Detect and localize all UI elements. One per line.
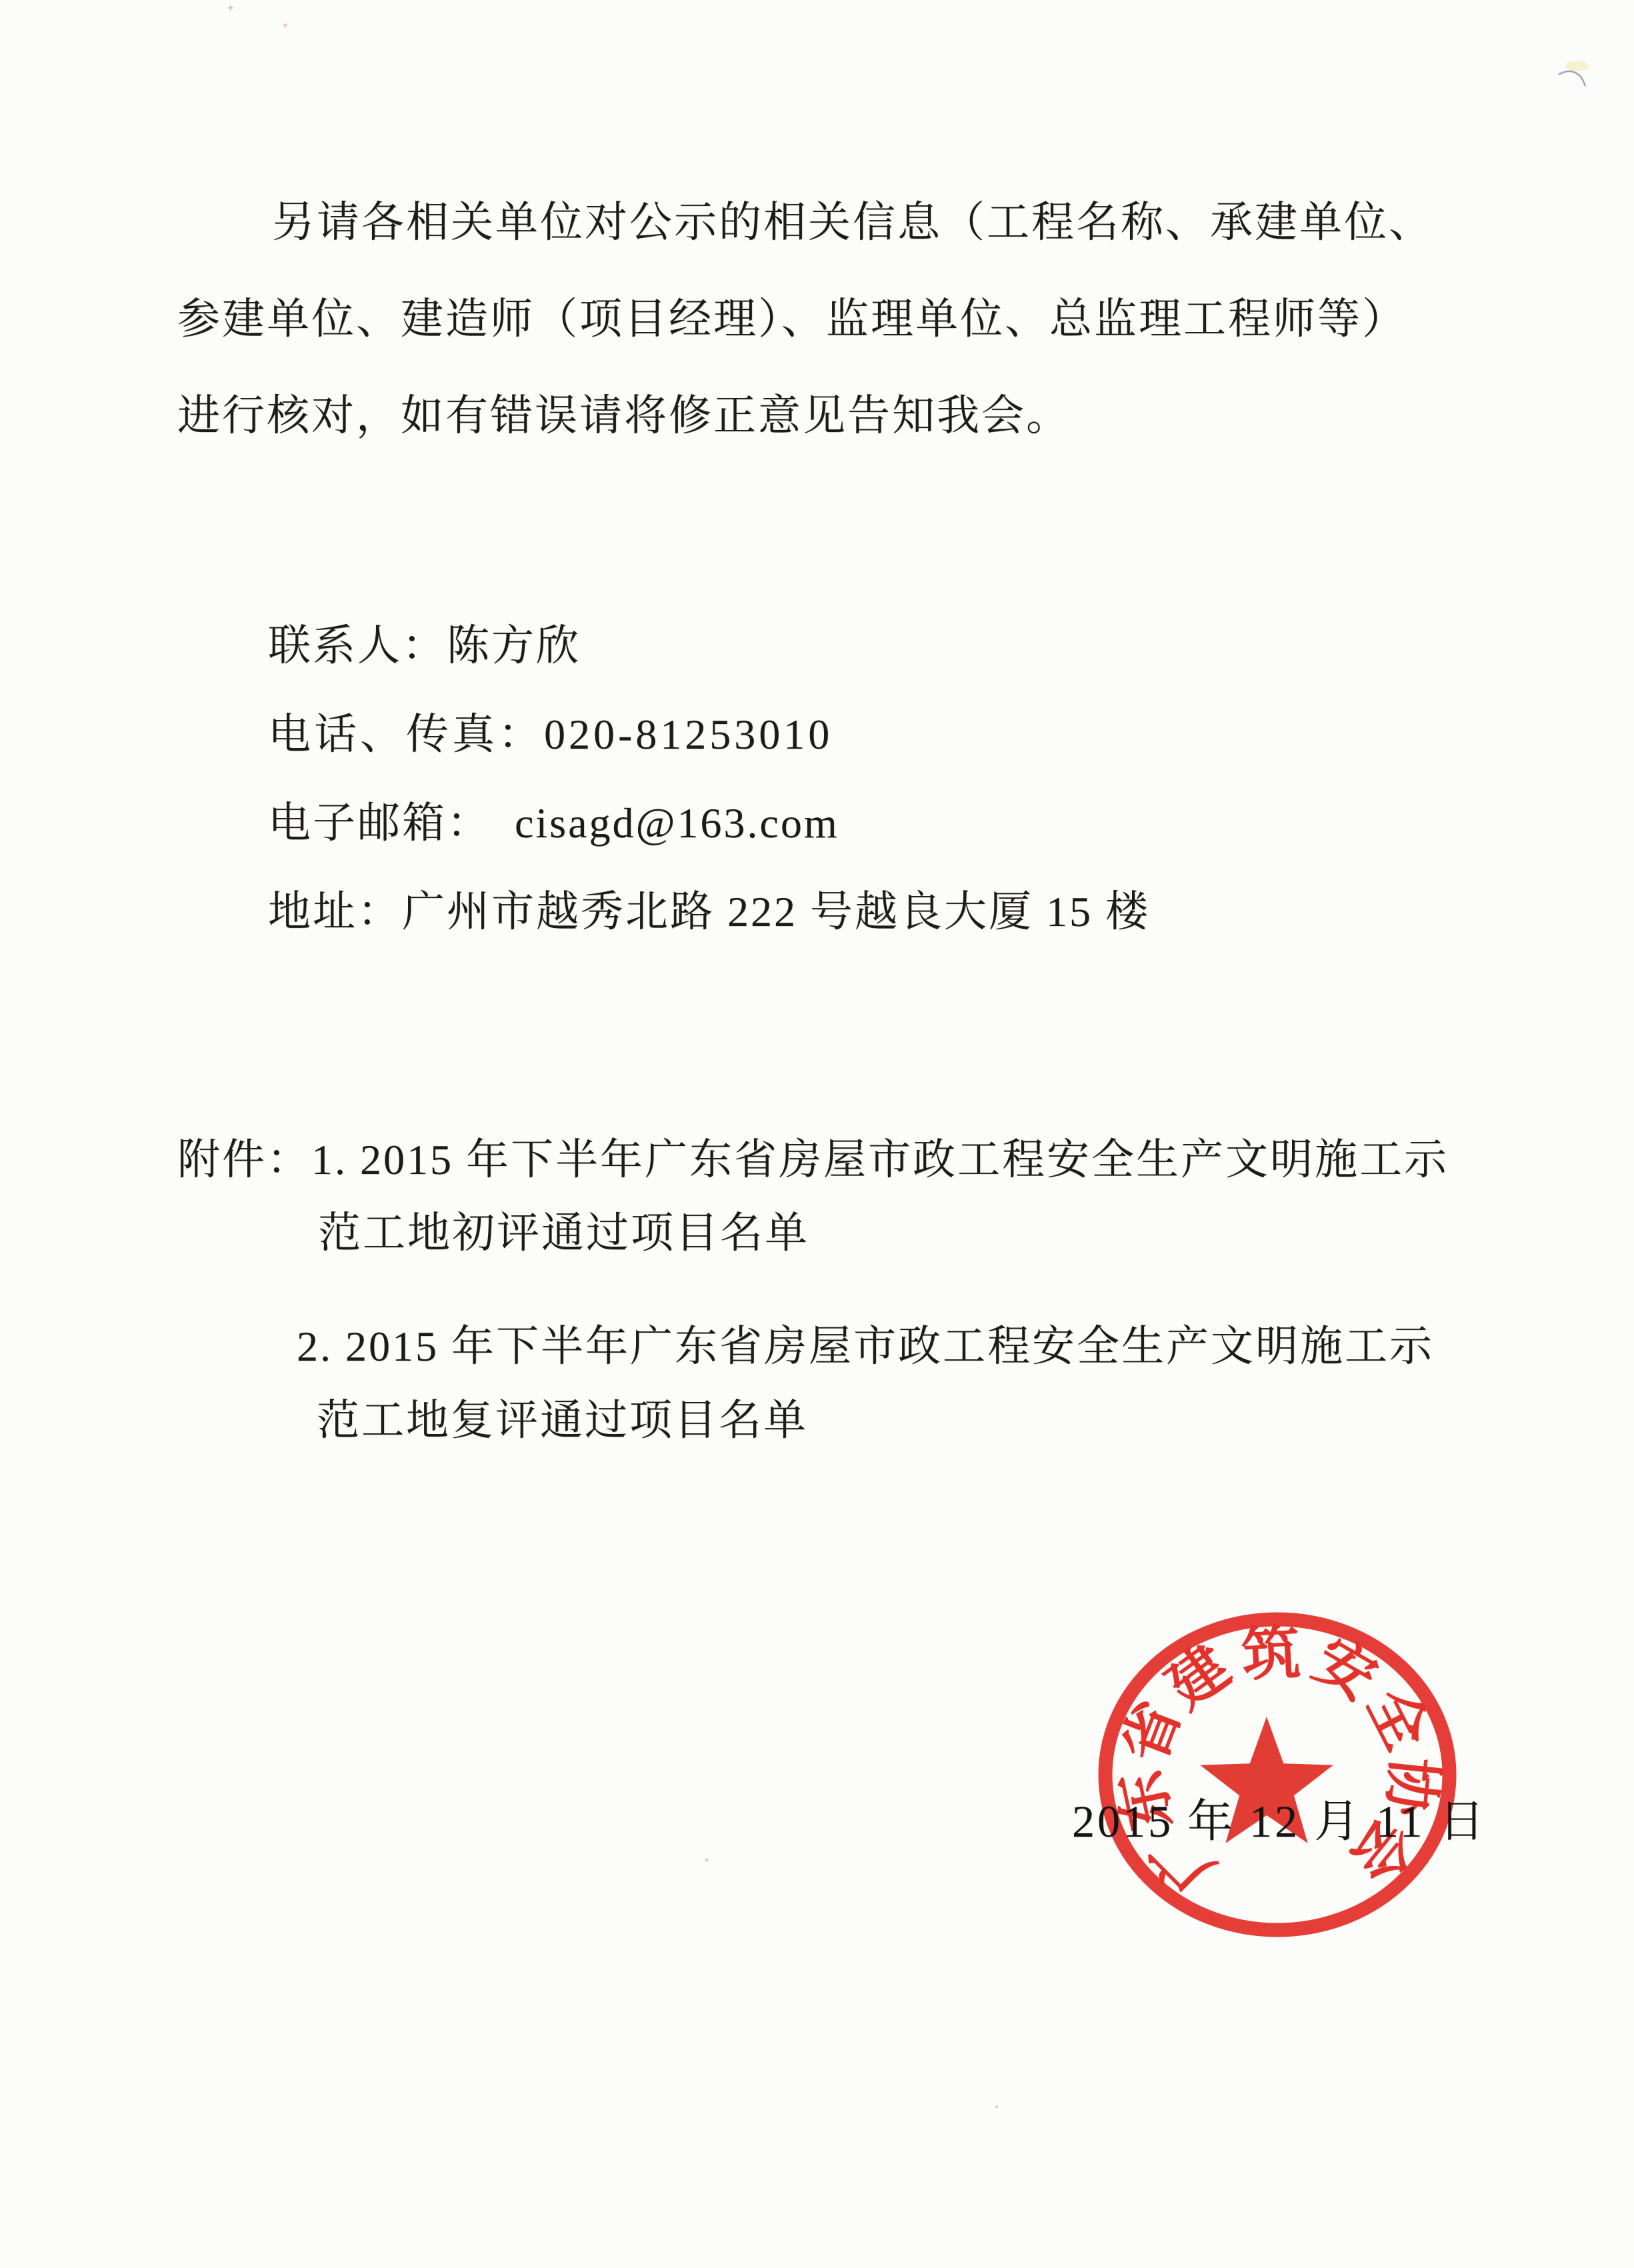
scanned-letter-page: 另请各相关单位对公示的相关信息（工程名称、承建单位、 参建单位、建造师（项目经理… bbox=[0, 0, 1634, 2268]
scan-speck-brown bbox=[705, 1859, 709, 1862]
paragraph-line-1: 另请各相关单位对公示的相关信息（工程名称、承建单位、 bbox=[272, 201, 1433, 244]
attachment-line-3: 2. 2015 年下半年广东省房屋市政工程安全生产文明施工示 bbox=[297, 1325, 1434, 1368]
paragraph-line-2: 参建单位、建造师（项目经理）、监理单位、总监理工程师等） bbox=[177, 298, 1407, 341]
official-seal-stamp: 广东省建筑安全协会 bbox=[1097, 1611, 1457, 1938]
contact-email-line: 电子邮箱： cisagd@163.com bbox=[268, 802, 839, 845]
contact-name-line: 联系人：陈方欣 bbox=[268, 625, 581, 667]
scan-squiggle bbox=[1559, 61, 1589, 86]
attachment-line-2: 范工地初评通过项目名单 bbox=[318, 1212, 809, 1255]
date-text: 2015 年 12 月 11 日 bbox=[1072, 1799, 1487, 1844]
scan-speck-plus bbox=[228, 5, 233, 11]
attachment-line-4: 范工地复评通过项目名单 bbox=[317, 1399, 808, 1442]
contact-phone-line: 电话、传真：020-81253010 bbox=[268, 713, 833, 756]
scan-speck-pink bbox=[283, 23, 287, 27]
attachment-line-1: 附件：1. 2015 年下半年广东省房屋市政工程安全生产文明施工示 bbox=[177, 1139, 1449, 1181]
seal-character: 筑 bbox=[1240, 1621, 1302, 1689]
scan-speck-gray bbox=[995, 2105, 998, 2108]
paragraph-line-3: 进行核对，如有错误请将修正意见告知我会。 bbox=[177, 395, 1071, 437]
contact-address-line: 地址：广州市越秀北路 222 号越良大厦 15 楼 bbox=[268, 891, 1150, 933]
